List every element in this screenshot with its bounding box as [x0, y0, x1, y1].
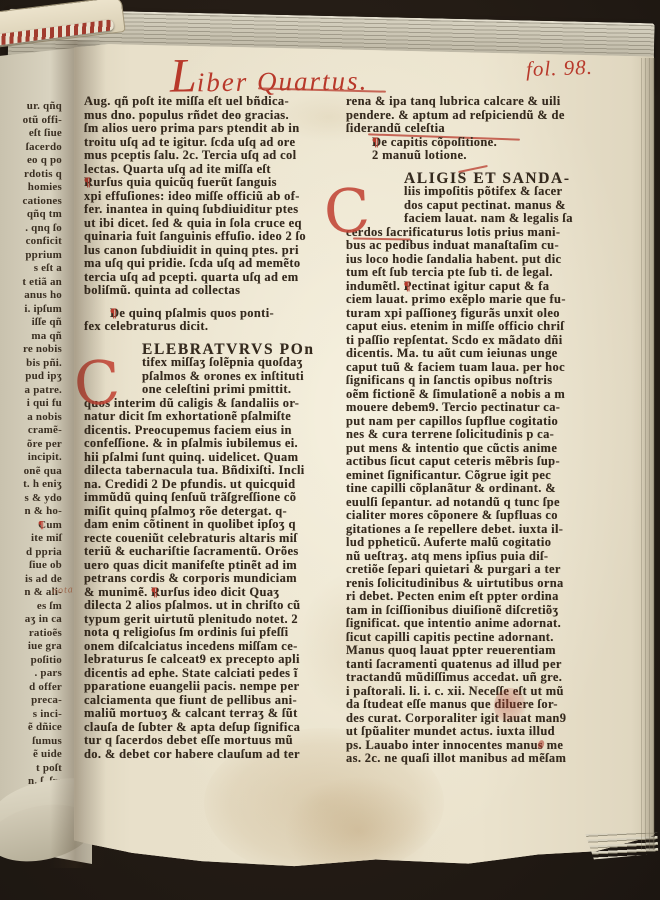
text-line: s & ydo: [0, 492, 62, 506]
text-line: do. & debet cor habere clauſum ad ter: [84, 748, 346, 762]
text-line: ma uſq qui pridie. ſcda uſq ad memẽto: [84, 257, 346, 271]
text-line: tanti ſacramenti quatenus ad illud per: [346, 658, 648, 672]
text-line: clauſa de ſubter & apta deſup ſignifica: [84, 721, 346, 735]
text-line: & munimẽ. ¶ Rurſus ideo dicit Quaʒ: [84, 586, 346, 600]
handwritten-margin-note: nota: [52, 584, 75, 597]
text-line: dam enim cõtinent in quolibet ipſoʒ q: [84, 518, 346, 532]
text-line: s eſt a: [0, 262, 62, 276]
folio-number: fol. 98.: [526, 55, 594, 82]
text-line: ite miſ: [0, 532, 62, 546]
text-line: recte coueniũt celebraturis altaris miſ: [84, 532, 346, 546]
text-line: fex celebraturus dicit.: [84, 320, 346, 334]
text-line: rena & ipa tanq lubrica calcare & uili: [346, 95, 648, 109]
pilcrow-rubric: ¶: [151, 586, 158, 600]
text-line: pud ipʒ: [0, 370, 62, 384]
right-text-column: rena & ipa tanq lubrica calcare & uilipe…: [346, 95, 648, 785]
text-line: ſicut capilli capitis pectine adornant.: [346, 631, 648, 645]
text-line: ſumus: [0, 735, 62, 749]
text-line: confeſſione. & in pſalmis iubilemus ei.: [84, 437, 346, 451]
text-line: . pars: [0, 667, 62, 681]
text-line: t poſt: [0, 762, 62, 776]
pilcrow-rubric: ¶: [84, 176, 91, 190]
text-line: Aug. qñ poſt ite miſſa eſt uel bñdica-: [84, 95, 346, 109]
text-line: d offer: [0, 681, 62, 695]
text-line: re nobis: [0, 343, 62, 357]
text-line: petrans cordis & corporis mundiciam: [84, 572, 346, 586]
text-line: cretiõe ſepari quietari & purgari a ter: [346, 563, 648, 577]
left-text-column: Aug. qñ poſt ite miſſa eſt uel bñdica-mu…: [84, 95, 346, 767]
text-line: mus pceptis ſalu. 2c. Tercia uſq ad col: [84, 149, 346, 163]
text-line: uero quas dicit manifeſte ptinẽt ad im: [84, 559, 346, 573]
text-line: euulſi ſepantur. ad notandũ q tunc ſpe: [346, 496, 648, 510]
text-line: turam xpi paſſioneʒ figurãs unxit oleo: [346, 307, 648, 321]
text-line: dicentis. Preocupemus faciem eius in: [84, 424, 346, 438]
text-line: hii pſalmi ſunt quinq. uidelicet. Quam: [84, 451, 346, 465]
text-line: onem diſcalciatus incedens miſſam ce-: [84, 640, 346, 654]
text-line: n & ho-: [0, 505, 62, 519]
recto-page: Liber Quartus. fol. 98. Aug. qñ poſt ite…: [74, 40, 654, 872]
text-line: pparatione euangelii pacis. nempe per: [84, 680, 346, 694]
drop-cap-celebraturus: C: [72, 353, 121, 415]
text-line: cialiter mores cõponere & ſupfluas co: [346, 509, 648, 523]
text-line: onẽ qua: [0, 465, 62, 479]
text-line: dilecta 2 alios pſalmos. ut in chriſto c…: [84, 599, 346, 613]
text-line: ti paſſio repſentat. Scdo ex mãdato dñi: [346, 334, 648, 348]
text-line: cationes: [0, 195, 62, 209]
text-line: put nam per capillos ſupflue cogitatio: [346, 415, 648, 429]
pilcrow-rubric: ¶: [38, 519, 44, 533]
text-line: tifex miſſaʒ ſolẽpnia quoſdaʒ: [84, 356, 346, 370]
text-line: otũ offi-: [0, 114, 62, 128]
text-line: ut ſpũaliter mundet actus. iuxta illud: [346, 725, 648, 739]
text-line: eminet ſignificantur. Cõgrue igit pec: [346, 469, 648, 483]
text-line: mouere debem9. Tercio pectinatur ca-: [346, 401, 648, 415]
text-line: incipit.: [0, 451, 62, 465]
text-line: lectas. Quarta uſq ad ite miſſa eſt: [84, 163, 346, 177]
text-line: xpi effuſiones: ideo miſſe officiũ ab of…: [84, 190, 346, 204]
text-line: d ppria: [0, 546, 62, 560]
text-line: anus ho: [0, 289, 62, 303]
pilcrow-rubric: ¶: [372, 136, 379, 150]
text-line: dilecta tabernacula tua. Bñdixiſti. Incl…: [84, 464, 346, 478]
text-line: ¶ Cum: [0, 519, 62, 533]
text-line: quos interim dũ caligis & ſandaliis or-: [84, 397, 346, 411]
text-line: ẽ dñice: [0, 721, 62, 735]
text-line: homies: [0, 181, 62, 195]
text-line: indumẽtl. ¶ Pectinat igitur caput & fa: [346, 280, 648, 294]
text-line: pendere. & aptum ad reſpiciendũ & de: [346, 109, 648, 123]
text-line: tur q ſacerdos debet eſſe mortuus mũ: [84, 734, 346, 748]
text-line: i. ipſum: [0, 303, 62, 317]
text-line: renis ſolicitudinibus & uirtutibus orna: [346, 577, 648, 591]
text-line: lud ppheticũ. Auferte malũ cogitatio: [346, 536, 648, 550]
text-line: is ad de: [0, 573, 62, 587]
text-line: . qnq ſo: [0, 222, 62, 236]
text-line: a nobis: [0, 411, 62, 425]
text-line: nũ ueſtraʒ. atq mens ipſius puia diſ-: [346, 550, 648, 564]
text-line: maliũ mortuoʒ & calcant terraʒ & ſũt: [84, 707, 346, 721]
text-line: ur. qñq: [0, 100, 62, 114]
text-line: teriũ & euchariſtie ſacramentũ. Orões: [84, 545, 346, 559]
text-line: ma qñ: [0, 330, 62, 344]
book-photograph: ur. qñqotũ offi-eſt ſiueſacerdoeo q pord…: [0, 0, 660, 900]
text-line: dos caput pectinat. manus &: [346, 199, 648, 213]
text-line: dicentis ad ephe. State calciati pedes ĩ: [84, 667, 346, 681]
text-line: troitu uſq ad te igitur. ſcda uſq ad ore: [84, 136, 346, 150]
text-line: miſit quinq pſalmoʒ rõe detergat. q-: [84, 505, 346, 519]
text-line: quinaria fuit ſanguinis effuſio. ideo 2 …: [84, 230, 346, 244]
text-line: t etiã an: [0, 276, 62, 290]
text-line: es ſm: [0, 600, 62, 614]
text-line: lus canon ſubdiuidit in quinq ptes. pri: [84, 244, 346, 258]
text-line: ri debet. Pecten enim eſt ppter ordina: [346, 590, 648, 604]
text-line: tam in ſciſſionibus diuiſionẽ diſcretiõʒ: [346, 604, 648, 618]
text-line: caput tuũ & faciem tuam laua. per hoc: [346, 361, 648, 375]
text-line: tercia uſq ad pcepti. quarta uſq ad em: [84, 271, 346, 285]
text-line: conficit: [0, 235, 62, 249]
text-line: Manus quoq lauat ppter reuerentiam: [346, 644, 648, 658]
text-line: i qui fu: [0, 397, 62, 411]
text-line: actibus ſicut caput ceteris mẽbris ſup-: [346, 455, 648, 469]
text-line: liis impoſitis põtifex & ſacer: [346, 185, 648, 199]
text-line: ¶ De capitis cõpoſitione.: [346, 136, 648, 150]
text-line: qñq tm: [0, 208, 62, 222]
pilcrow-rubric: ¶: [110, 307, 117, 321]
drop-cap-caligis: C: [322, 181, 371, 243]
text-line: 2 manuũ lotione.: [346, 149, 648, 163]
text-line: faciem lauat. nam & legalis ſa: [346, 212, 648, 226]
text-line: immũdũ quinq ſenſuũ trãſgreſſione cõ: [84, 491, 346, 505]
text-line: aʒ in ca: [0, 613, 62, 627]
text-line: ELEBRATVRVS POn: [84, 343, 346, 357]
text-line: tum eſt ſub tercia pte ſub ti. de legal.: [346, 266, 648, 280]
stain-bottom-small: [284, 776, 434, 886]
pilcrow-rubric: ¶: [404, 280, 411, 294]
text-line: iue gra: [0, 640, 62, 654]
text-line: ps. Lauabo inter innocentes manus me: [346, 739, 648, 753]
text-line: nes & cura terrene ſolicitudinis p ca-: [346, 428, 648, 442]
text-line: poſitio: [0, 654, 62, 668]
text-line: ciem lauat. primo exẽplo marie que fu-: [346, 293, 648, 307]
facing-page-text-fragments: ur. qñqotũ offi-eſt ſiueſacerdoeo q pord…: [0, 100, 62, 789]
text-line: rdotis q: [0, 168, 62, 182]
red-ink-blot: [494, 688, 526, 724]
right-fore-edge: [641, 58, 655, 850]
text-line: ſacerdo: [0, 141, 62, 155]
text-line: ſiderandũ celeſtia: [346, 122, 648, 136]
text-line: bus ac pedibus induat manaſtaſim cu-: [346, 239, 648, 253]
text-line: caput eius. etenim in miſſe officio chri…: [346, 320, 648, 334]
text-line: õre per: [0, 438, 62, 452]
text-line: oẽm fictionẽ & ſimulationẽ a nobis a m: [346, 388, 648, 402]
text-line: fer. inantea in quinq ſubdiuiditur ptes: [84, 203, 346, 217]
text-line: natur dicit ſm exhortationẽ pſalmiſte: [84, 410, 346, 424]
text-line: cramẽ-: [0, 424, 62, 438]
text-line: typum gerit uirtutũ plenitudo notet. 2: [84, 613, 346, 627]
text-line: tine capilli cõplanãtur & ordinant. &: [346, 482, 648, 496]
text-line: calciamenta que fiunt de pellibus ani-: [84, 694, 346, 708]
text-line: t. h eniʒ: [0, 478, 62, 492]
text-line: put mens & intentio que cũctis anime: [346, 442, 648, 456]
text-line: dicentis. Ma. tu aũt cum ieiunas unge: [346, 347, 648, 361]
text-line: iſſe qñ: [0, 316, 62, 330]
text-line: ¶ Rurſus quia quicũq fuerũt ſanguis: [84, 176, 346, 190]
text-line: mus dno. populus rñdet deo gracias.: [84, 109, 346, 123]
text-line: preca-: [0, 694, 62, 708]
text-line: bis pñi.: [0, 357, 62, 371]
text-line: one celeſtini primi pmittit.: [84, 383, 346, 397]
text-line: ẽ uide: [0, 748, 62, 762]
text-line: nota q religioſus ſm ordinis ſui pfeſſi: [84, 626, 346, 640]
text-line: eſt ſiue: [0, 127, 62, 141]
text-line: ſm alios uero prima pars ptendit ab in: [84, 122, 346, 136]
text-line: a patre.: [0, 384, 62, 398]
text-line: ut ibi dicet. ſed & quia in ſola cruce e…: [84, 217, 346, 231]
text-line: na. Credidi 2 De pfundis. ut quicquid: [84, 478, 346, 492]
text-line: as. 2c. ne quaſi illot manibus ad mẽſam: [346, 752, 648, 766]
text-line: ALIGIS ET SANDA-: [346, 172, 648, 186]
text-line: tractandũ mũdiſſimus accedat. uñ gre.: [346, 671, 648, 685]
text-line: s inci-: [0, 708, 62, 722]
text-line: ſignificans q in ſanctis opibus noſtris: [346, 374, 648, 388]
text-line: gitationes a ſe repellere debet. iuxta i…: [346, 523, 648, 537]
text-line: ius loco hodie ſandalia habent. put dic: [346, 253, 648, 267]
text-line: pſalmos & orones ex inſtituti: [84, 370, 346, 384]
text-line: lebraturus ſe calceat9 ex precepto apli: [84, 653, 346, 667]
text-line: ſignificat. que intentio anime adornat.: [346, 617, 648, 631]
text-line: ¶ De quinq pſalmis quos ponti-: [84, 307, 346, 321]
text-line: boliſmũ. quinta ad collectas: [84, 284, 346, 298]
text-line: cerdos ſacrificaturus lotis prius mani-: [346, 226, 648, 240]
text-line: pprium: [0, 249, 62, 263]
text-line: ratioẽs: [0, 627, 62, 641]
text-line: eo q po: [0, 154, 62, 168]
text-line: ſiue ob: [0, 559, 62, 573]
